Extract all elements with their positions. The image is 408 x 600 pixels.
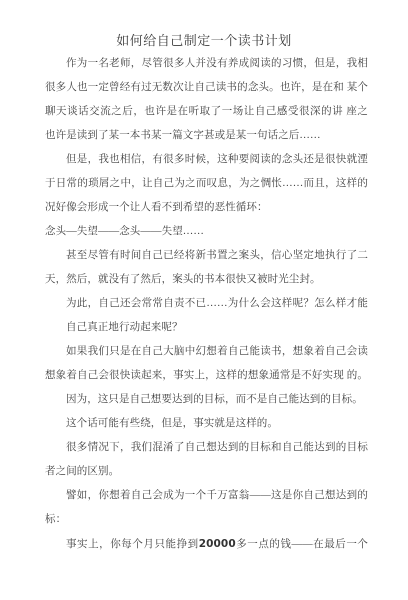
text-line: 念头—失望——念头——失望…… [45, 220, 368, 244]
text-line: 因为，这只是自己想要达到的目标，而不是自己能达到的目标。 [45, 388, 368, 412]
text-line: 事实上，你每个月只能挣到20000多一点的钱——在最后一个零 的 [45, 532, 368, 556]
text-line: 标： [45, 508, 368, 532]
text-line: 况好像会形成一个让人看不到希望的恶性循环： [45, 196, 368, 220]
text-line: 甚至尽管有时间自己已经将新书置之案头，信心坚定地执行了二 三 [45, 244, 368, 268]
text-line: 者之间的区别。 [45, 460, 368, 484]
text-line: 为此，自己还会常常自责不已……为什么会这样呢？怎么样才能让 [45, 292, 368, 316]
document-page: 如何给自己制定一个读书计划 作为一名老师，尽管很多人并没有养成阅读的习惯，但是，… [0, 0, 408, 600]
text-line: 很多人也一定曾经有过无数次让自己读书的念头。也许，是在和 某个人 [45, 76, 368, 100]
text-line: 想象着自己会很快读起来，事实上，这样的想象通常是不好实现 的。 [45, 364, 368, 388]
text-line: 但是，我也相信，有很多时候，这种要阅读的念头还是很快就湮 没 [45, 148, 368, 172]
text-line: 于日常的琐屑之中，让自己为之而叹息，为之惆怅……而且，这样的情 [45, 172, 368, 196]
text-line: 譬如，你想着自己会成为一个千万富翁——这是你自己想达到的 目 [45, 484, 368, 508]
text-line: 作为一名老师，尽管很多人并没有养成阅读的习惯，但是，我相 信， [45, 52, 368, 76]
text-line: 很多情况下，我们混淆了自己想达到的目标和自己能达到的目标 二 [45, 436, 368, 460]
text-line: 天，然后，就没有了然后，案头的书本很快又被时光尘封。 [45, 268, 368, 292]
text-line: 聊天谈话交流之后，也许是在听取了一场让自己感受很深的讲 座之后， [45, 100, 368, 124]
text-line: 也许是读到了某一本书某一篇文字甚或是某一句话之后…… [45, 124, 368, 148]
text-line: 如果我们只是在自己大脑中幻想着自己能读书，想象着自己会读 书， [45, 340, 368, 364]
text-line: 这个话可能有些绕，但是，事实就是这样的。 [45, 412, 368, 436]
document-title: 如何给自己制定一个读书计划 [0, 30, 408, 52]
number-text: 20000 [199, 538, 236, 550]
text-line: 自己真正地行动起来呢？ [45, 316, 368, 340]
document-body: 作为一名老师，尽管很多人并没有养成阅读的习惯，但是，我相 信，很多人也一定曾经有… [0, 52, 408, 556]
